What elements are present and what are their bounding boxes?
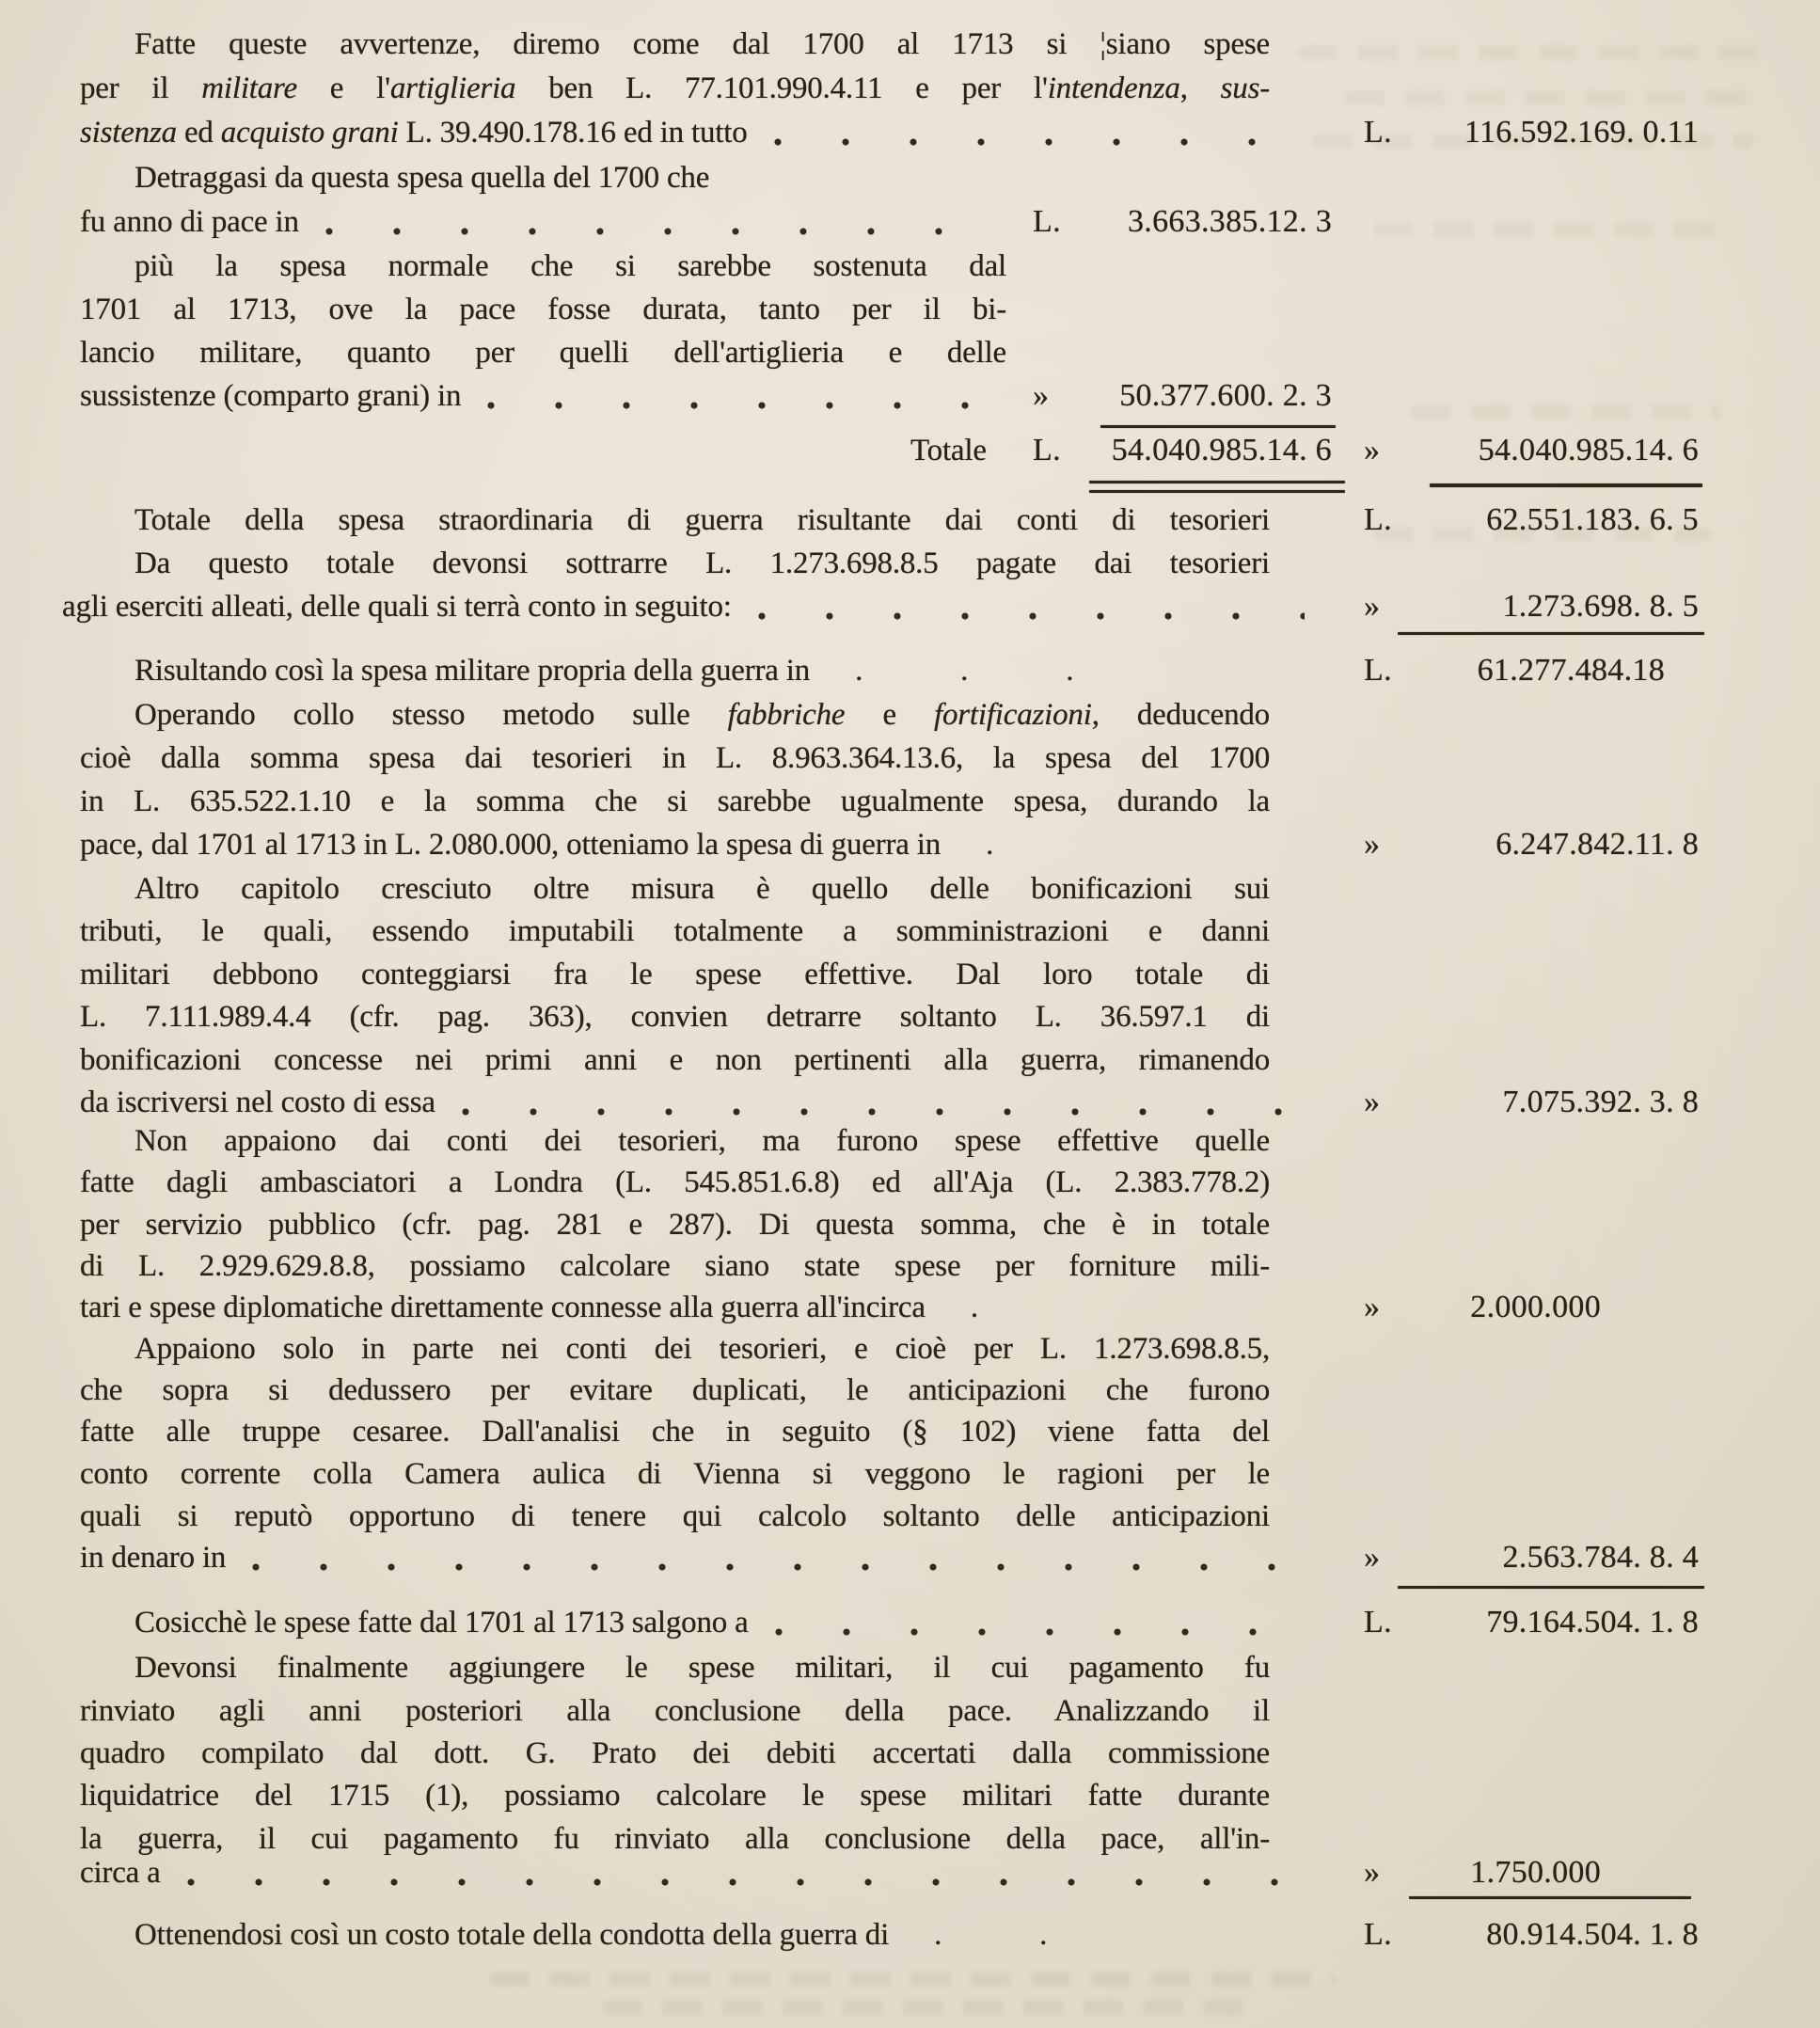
amount-right-column: L.80.914.504. 1. 8 [1364, 1913, 1699, 1957]
text-line: da iscriversi nel costo di essa [80, 1081, 1321, 1124]
bleedthrough-ghost [1345, 90, 1759, 105]
text-segment: liquidatrice del 1715 (1), possiamo calc… [80, 1779, 1270, 1813]
text-segment: Fatte queste avvertenze, diremo come dal… [135, 27, 1270, 61]
text-segment: da iscriversi nel costo di essa [80, 1081, 435, 1124]
italic-text-segment: sistenza [80, 111, 177, 154]
text-line: 1701 al 1713, ove la pace fosse durata, … [80, 288, 1006, 331]
amount-right-column: »2.563.784. 8. 4 [1364, 1536, 1699, 1579]
text-segment: militari debbono conteggiarsi fra le spe… [80, 958, 1270, 991]
scanned-page: Fatte queste avvertenze, diremo come dal… [0, 0, 1820, 2028]
amount-right-column: L.116.592.169. 0.11 [1364, 111, 1699, 154]
amount-right-column: »54.040.985.14. 6 [1364, 429, 1699, 472]
text-line: militari debbono conteggiarsi fra le spe… [80, 953, 1270, 996]
text-line: tari e spese diplomatiche direttamente c… [80, 1286, 978, 1329]
sum-rule [1089, 481, 1345, 483]
bleedthrough-ghost [1373, 222, 1721, 237]
sum-rule [1409, 1896, 1691, 1899]
sum-rule [1100, 425, 1336, 428]
amount-right-column: »7.075.392. 3. 8 [1364, 1081, 1699, 1124]
amount-right-column: »1.273.698. 8. 5 [1364, 585, 1699, 628]
text-line: Non appaiono dai conti dei tesorieri, ma… [80, 1119, 1270, 1163]
text-segment: 1701 al 1713, ove la pace fosse durata, … [80, 293, 1006, 326]
dot-leader: . . . [855, 654, 1073, 688]
dot-leader [758, 610, 1305, 622]
text-line: sussistenze (comparto grani) in [80, 374, 1011, 418]
sum-rule [1430, 483, 1702, 487]
amount-value: 62.551.183. 6. 5 [1486, 499, 1699, 542]
dot-leader [774, 136, 1305, 148]
text-segment: rinviato agli anni posteriori alla concl… [80, 1694, 1270, 1728]
text-segment: Totale della spesa straordinaria di guer… [135, 503, 1270, 537]
text-line: fatte dagli ambasciatori a Londra (L. 54… [80, 1161, 1270, 1204]
text-line: agli eserciti alleati, delle quali si te… [62, 585, 1321, 628]
amount-mid-column: »50.377.600. 2. 3 [1033, 374, 1332, 418]
text-segment: ben L. 77.101.990.4.11 e per l' [515, 71, 1047, 105]
currency-symbol: » [1364, 1851, 1380, 1894]
dot-leader [325, 226, 994, 237]
text-line: Appaiono solo in parte nei conti dei tes… [80, 1327, 1270, 1370]
text-segment: Risultando così la spesa militare propri… [135, 654, 810, 688]
text-segment: di L. 2.929.629.8.8, possiamo calcolare … [80, 1249, 1270, 1283]
text-segment: agli eserciti alleati, delle quali si te… [62, 585, 732, 628]
text-line: Detraggasi da questa spesa quella del 17… [80, 156, 1006, 199]
text-segment: quadro compilato dal dott. G. Prato dei … [80, 1736, 1270, 1770]
text-segment: Non appaiono dai conti dei tesorieri, ma… [135, 1124, 1270, 1158]
amount-value: 1.750.000 [1470, 1851, 1699, 1894]
text-segment: in denaro in [80, 1536, 226, 1579]
dot-leader [487, 400, 994, 411]
bleedthrough-ghost [1298, 45, 1768, 60]
amount-value: 1.273.698. 8. 5 [1503, 585, 1700, 628]
amount-value: 54.040.985.14. 6 [1479, 429, 1699, 472]
text-segment: fatte alle truppe cesaree. Dall'analisi … [80, 1415, 1270, 1449]
text-segment: L. 7.111.989.4.4 (cfr. pag. 363), convie… [80, 1000, 1270, 1034]
text-segment: e [845, 698, 934, 732]
text-segment: Devonsi finalmente aggiungere le spese m… [135, 1651, 1270, 1685]
text-line: liquidatrice del 1715 (1), possiamo calc… [80, 1774, 1270, 1817]
text-line: Devonsi finalmente aggiungere le spese m… [80, 1646, 1270, 1689]
amount-right-column: L.61.277.484.18 [1364, 649, 1699, 692]
text-segment: che sopra si dedussero per evitare dupli… [80, 1373, 1270, 1407]
text-line: Operando collo stesso metodo sulle fabbr… [80, 693, 1270, 737]
bleedthrough-ghost [1411, 404, 1721, 420]
currency-symbol: L. [1033, 200, 1061, 244]
dot-leader [775, 1626, 1305, 1638]
amount-value: 80.914.504. 1. 8 [1486, 1913, 1699, 1957]
currency-symbol: L. [1364, 499, 1392, 542]
text-line: cioè dalla somma spesa dai tesorieri in … [80, 737, 1270, 780]
amount-value: 2.563.784. 8. 4 [1503, 1536, 1700, 1579]
text-line: tributi, le quali, essendo imputabili to… [80, 910, 1270, 953]
text-line: Fatte queste avvertenze, diremo come dal… [80, 23, 1270, 66]
text-line: quadro compilato dal dott. G. Prato dei … [80, 1732, 1270, 1775]
text-segment: conto corrente colla Camera aulica di Vi… [80, 1457, 1270, 1491]
amount-right-column: L.62.551.183. 6. 5 [1364, 499, 1699, 542]
currency-symbol: » [1033, 374, 1049, 418]
bleedthrough-ghost [489, 1972, 1336, 1987]
italic-text-segment: fortificazioni [934, 698, 1092, 732]
bleedthrough-ghost [602, 2000, 1260, 2015]
text-line: pace, dal 1701 al 1713 in L. 2.080.000, … [80, 823, 993, 866]
text-segment: sussistenze (comparto grani) in [80, 374, 461, 418]
text-line: Altro capitolo cresciuto oltre misura è … [80, 867, 1270, 911]
text-line: quali si reputò opportuno di tenere qui … [80, 1495, 1270, 1538]
amount-mid-column: L.3.663.385.12. 3 [1033, 200, 1332, 244]
currency-symbol: » [1364, 1081, 1380, 1124]
text-segment: Altro capitolo cresciuto oltre misura è … [135, 872, 1270, 906]
text-line: Da questo totale devonsi sottrarre L. 1.… [80, 542, 1270, 585]
dot-leader: . [971, 1291, 978, 1324]
amount-right-column: »2.000.000 [1364, 1286, 1699, 1329]
text-segment: circa a [80, 1851, 161, 1894]
text-segment: Detraggasi da questa spesa quella del 17… [135, 161, 709, 195]
currency-symbol: » [1364, 585, 1380, 628]
text-line: sistenza ed acquisto grani L. 39.490.178… [80, 111, 1321, 154]
amount-value: 2.000.000 [1470, 1286, 1699, 1329]
text-segment: Totale [910, 434, 987, 467]
amount-value: 6.247.842.11. 8 [1496, 823, 1699, 866]
text-line: per il militare e l'artiglieria ben L. 7… [80, 67, 1270, 110]
text-segment: Appaiono solo in parte nei conti dei tes… [135, 1332, 1270, 1366]
text-line: per servizio pubblico (cfr. pag. 281 e 2… [80, 1203, 1270, 1246]
text-segment: ed [177, 111, 221, 154]
amount-value: 7.075.392. 3. 8 [1503, 1081, 1700, 1124]
text-line: conto corrente colla Camera aulica di Vi… [80, 1452, 1270, 1496]
text-segment: , [1180, 71, 1221, 105]
italic-text-segment: fabbriche [728, 698, 846, 732]
sum-rule [1398, 1586, 1704, 1589]
text-line: Totale della spesa straordinaria di guer… [80, 499, 1270, 542]
text-segment: tari e spese diplomatiche direttamente c… [80, 1291, 926, 1324]
text-line: rinviato agli anni posteriori alla concl… [80, 1689, 1270, 1733]
currency-symbol: » [1364, 1286, 1380, 1329]
text-line: fatte alle truppe cesaree. Dall'analisi … [80, 1410, 1270, 1453]
text-segment: , deducendo [1092, 698, 1270, 732]
text-segment: pace, dal 1701 al 1713 in L. 2.080.000, … [80, 828, 941, 862]
amount-value: 54.040.985.14. 6 [1112, 429, 1332, 472]
amount-value: 3.663.385.12. 3 [1128, 200, 1332, 244]
currency-symbol: L. [1364, 111, 1392, 154]
text-segment: cioè dalla somma spesa dai tesorieri in … [80, 741, 1270, 775]
amount-right-column: L.79.164.504. 1. 8 [1364, 1601, 1699, 1644]
text-segment: Ottenendosi così un costo totale della c… [135, 1918, 889, 1952]
dot-leader [462, 1106, 1305, 1117]
italic-text-segment: artiglieria [390, 71, 515, 105]
italic-text-segment: militare [201, 71, 297, 105]
text-line: bonificazioni concesse nei primi anni e … [80, 1038, 1270, 1082]
amount-value: 50.377.600. 2. 3 [1119, 374, 1332, 418]
text-line: di L. 2.929.629.8.8, possiamo calcolare … [80, 1244, 1270, 1288]
amount-value: 61.277.484.18 [1478, 649, 1699, 692]
currency-symbol: L. [1364, 1913, 1392, 1957]
amount-right-column: »1.750.000 [1364, 1851, 1699, 1894]
dot-leader: . . [934, 1918, 1047, 1952]
amount-mid-column: L.54.040.985.14. 6 [1033, 429, 1332, 472]
text-line: in denaro in [80, 1536, 1321, 1579]
amount-value: 79.164.504. 1. 8 [1486, 1601, 1699, 1644]
text-line: Risultando così la spesa militare propri… [80, 649, 1073, 692]
sum-rule [1398, 632, 1704, 635]
text-segment: in L. 635.522.1.10 e la somma che si sar… [80, 784, 1270, 818]
text-segment: L. 39.490.178.16 ed in tutto [399, 111, 748, 154]
text-segment: Operando collo stesso metodo sulle [135, 698, 728, 732]
text-line: Ottenendosi così un costo totale della c… [80, 1913, 1047, 1957]
text-segment: e l' [297, 71, 390, 105]
text-line: lancio militare, quanto per quelli dell'… [80, 331, 1006, 374]
sum-rule [1089, 490, 1345, 493]
text-line: Totale [910, 429, 987, 472]
currency-symbol: L. [1364, 649, 1392, 692]
text-segment: fatte dagli ambasciatori a Londra (L. 54… [80, 1165, 1270, 1199]
dot-leader: . [986, 828, 993, 862]
text-segment: Cosicchè le spese fatte dal 1701 al 1713… [135, 1601, 749, 1644]
text-segment: tributi, le quali, essendo imputabili to… [80, 914, 1270, 948]
text-segment: quali si reputò opportuno di tenere qui … [80, 1499, 1270, 1533]
text-segment: bonificazioni concesse nei primi anni e … [80, 1043, 1270, 1077]
text-segment: Da questo totale devonsi sottrarre L. 1.… [135, 547, 1270, 580]
amount-value: 116.592.169. 0.11 [1464, 111, 1699, 154]
text-line: circa a [80, 1851, 1321, 1894]
text-line: fu anno di pace in [80, 200, 1011, 244]
amount-right-column: »6.247.842.11. 8 [1364, 823, 1699, 866]
text-segment: fu anno di pace in [80, 200, 299, 244]
text-line: che sopra si dedussero per evitare dupli… [80, 1369, 1270, 1412]
text-segment: per il [80, 71, 201, 105]
currency-symbol: » [1364, 429, 1380, 472]
text-segment: più la spesa normale che si sarebbe sost… [135, 249, 1006, 283]
text-line: in L. 635.522.1.10 e la somma che si sar… [80, 780, 1270, 823]
currency-symbol: » [1364, 1536, 1380, 1579]
text-line: Cosicchè le spese fatte dal 1701 al 1713… [80, 1601, 1321, 1644]
currency-symbol: L. [1364, 1601, 1392, 1644]
dot-leader [252, 1561, 1305, 1573]
text-segment: lancio militare, quanto per quelli dell'… [80, 336, 1006, 370]
currency-symbol: » [1364, 823, 1380, 866]
text-line: L. 7.111.989.4.4 (cfr. pag. 363), convie… [80, 995, 1270, 1038]
italic-text-segment: intendenza [1048, 71, 1180, 105]
italic-text-segment: sus- [1221, 71, 1270, 105]
currency-symbol: L. [1033, 429, 1061, 472]
italic-text-segment: acquisto grani [221, 111, 399, 154]
dot-leader [187, 1877, 1305, 1888]
text-segment: per servizio pubblico (cfr. pag. 281 e 2… [80, 1208, 1270, 1242]
text-line: più la spesa normale che si sarebbe sost… [80, 245, 1006, 288]
